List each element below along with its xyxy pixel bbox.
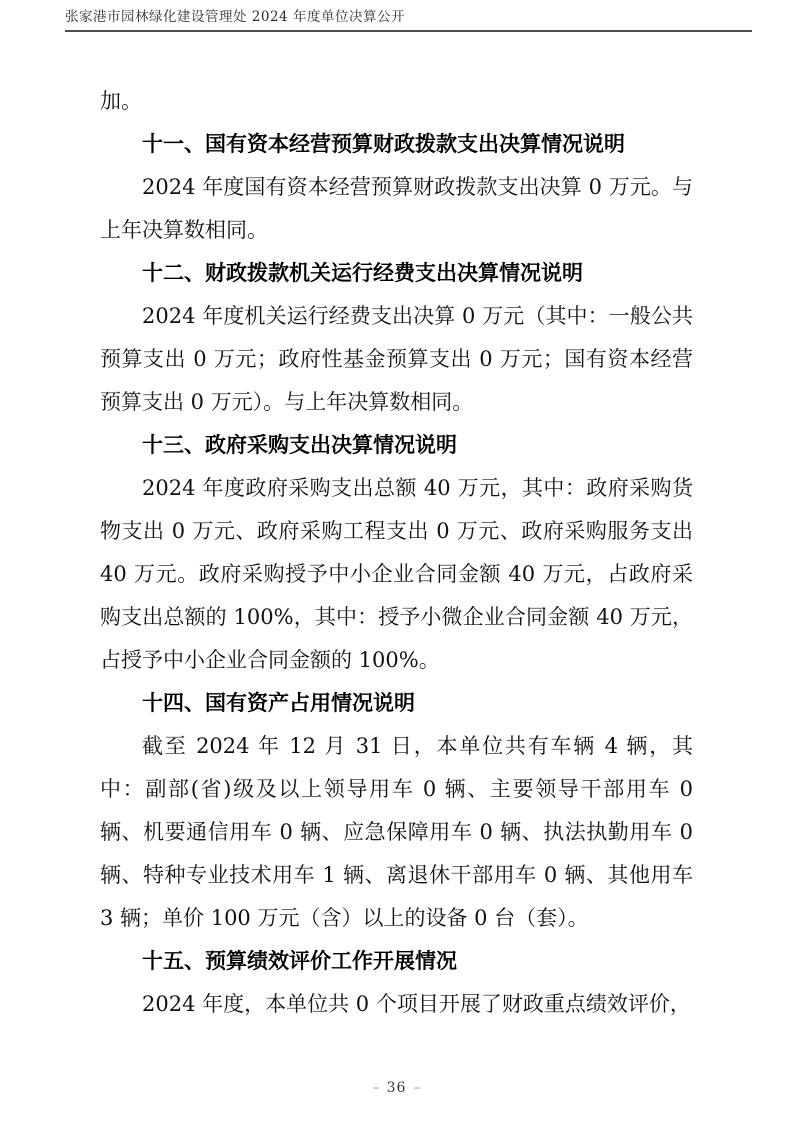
page-header: 张家港市园林绿化建设管理处 2024 年度单位决算公开 bbox=[65, 10, 752, 32]
section-heading: 十一、国有资本经营预算财政拨款支出决算情况说明 bbox=[100, 123, 693, 166]
paragraph: 2024 年度政府采购支出总额 40 万元，其中：政府采购货物支出 0 万元、政… bbox=[100, 467, 693, 682]
paragraph: 2024 年度机关运行经费支出决算 0 万元（其中：一般公共预算支出 0 万元；… bbox=[100, 295, 693, 424]
paragraph: 2024 年度国有资本经营预算财政拨款支出决算 0 万元。与上年决算数相同。 bbox=[100, 166, 693, 252]
page-number: 36 bbox=[387, 1080, 407, 1096]
paragraph: 截至 2024 年 12 月 31 日，本单位共有车辆 4 辆，其中：副部(省)… bbox=[100, 725, 693, 940]
paragraph: 2024 年度，本单位共 0 个项目开展了财政重点绩效评价， bbox=[100, 983, 693, 1026]
footer-dash-left: – bbox=[373, 1080, 380, 1096]
section-heading: 十三、政府采购支出决算情况说明 bbox=[100, 424, 693, 467]
document-page: 张家港市园林绿化建设管理处 2024 年度单位决算公开 加。十一、国有资本经营预… bbox=[0, 0, 793, 1122]
document-body: 加。十一、国有资本经营预算财政拨款支出决算情况说明2024 年度国有资本经营预算… bbox=[100, 80, 693, 1026]
section-heading: 十五、预算绩效评价工作开展情况 bbox=[100, 940, 693, 983]
page-footer: –36– bbox=[0, 1078, 793, 1098]
footer-dash-right: – bbox=[413, 1080, 420, 1096]
section-heading: 十四、国有资产占用情况说明 bbox=[100, 682, 693, 725]
header-title: 张家港市园林绿化建设管理处 2024 年度单位决算公开 bbox=[65, 10, 752, 25]
section-heading: 十二、财政拨款机关运行经费支出决算情况说明 bbox=[100, 252, 693, 295]
paragraph: 加。 bbox=[100, 80, 693, 123]
